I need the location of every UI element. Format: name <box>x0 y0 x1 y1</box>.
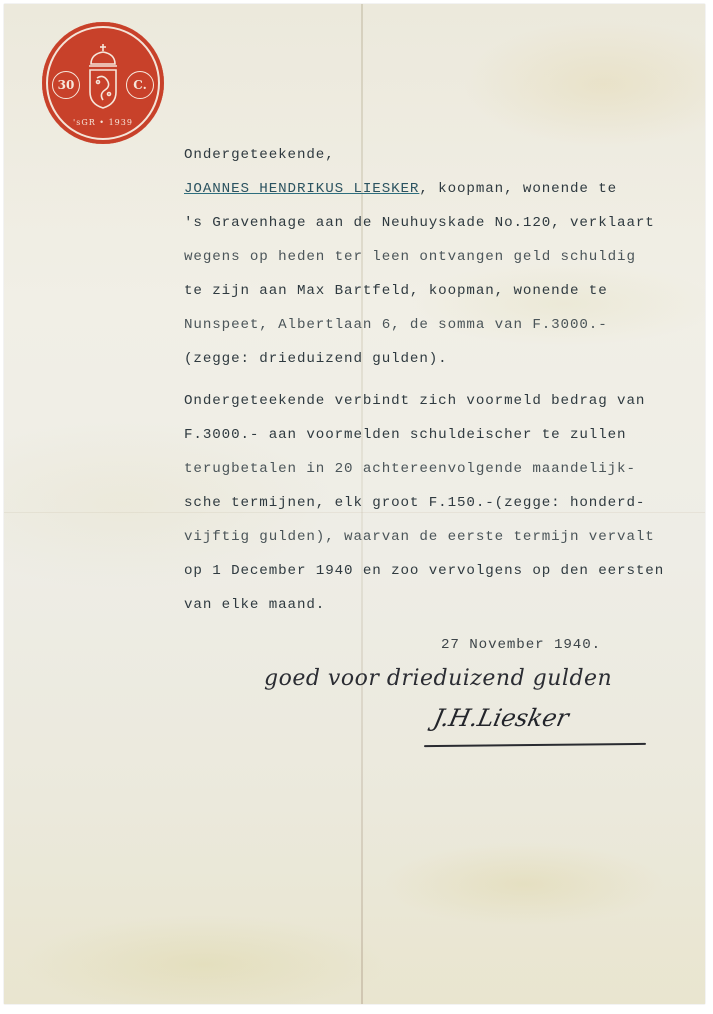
text-line: te zijn aan Max Bartfeld, koopman, wonen… <box>184 283 608 299</box>
text-line: (zegge: drieduizend gulden). <box>184 351 448 367</box>
debtor-name: JOANNES HENDRIKUS LIESKER <box>184 181 419 197</box>
text-line: , koopman, wonende te <box>419 181 617 197</box>
text-line: terugbetalen in 20 achtereenvolgende maa… <box>184 461 636 477</box>
stamp-value: 30 <box>52 71 80 99</box>
text-line: 's Gravenhage aan de Neuhuyskade No.120,… <box>184 215 655 231</box>
text-line: wegens op heden ter leen ontvangen geld … <box>184 249 636 265</box>
signature-underline <box>424 743 646 747</box>
debtor-line: JOANNES HENDRIKUS LIESKER, koopman, wone… <box>184 181 617 197</box>
document-page: 30 C. 'sGR • 1939 Ondergeteekende, JOANN… <box>4 4 705 1004</box>
stamp-caption: 'sGR • 1939 <box>42 118 164 127</box>
revenue-stamp: 30 C. 'sGR • 1939 <box>42 22 164 144</box>
text-line: op 1 December 1940 en zoo vervolgens op … <box>184 563 664 579</box>
text-line: vijftig gulden), waarvan de eerste termi… <box>184 529 655 545</box>
text-line: Ondergeteekende verbindt zich voormeld b… <box>184 393 645 409</box>
signature: J.H.Liesker <box>431 704 571 732</box>
document-date: 27 November 1940. <box>441 637 601 653</box>
stamp-unit: C. <box>126 71 154 99</box>
fold-crease-horizontal <box>4 512 705 513</box>
handwritten-note: goed voor drieduizend gulden <box>264 666 612 691</box>
text-line: van elke maand. <box>184 597 325 613</box>
text-line: Nunspeet, Albertlaan 6, de somma van F.3… <box>184 317 608 333</box>
crowned-shield-icon <box>85 42 121 114</box>
salutation: Ondergeteekende, <box>184 147 335 163</box>
text-line: F.3000.- aan voormelden schuldeischer te… <box>184 427 626 443</box>
text-line: sche termijnen, elk groot F.150.-(zegge:… <box>184 495 645 511</box>
